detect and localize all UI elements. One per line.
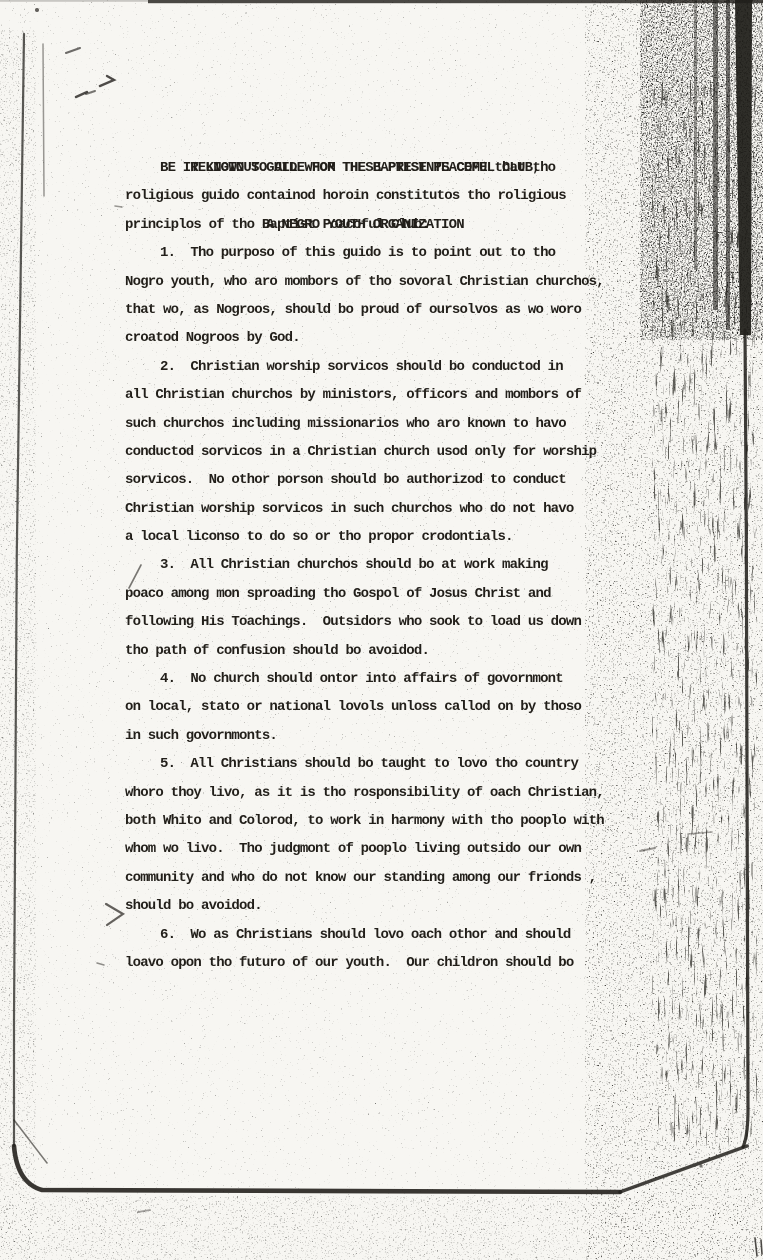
bottom-left-scratch (14, 1120, 47, 1163)
right-margin-smudge-2 (688, 832, 712, 834)
document-line: both Whito and Colorod, to work in harmo… (125, 807, 645, 835)
top-edge-scan-line (0, 0, 763, 3)
top-left-scribble-mark (66, 48, 80, 53)
document-line: croatod Nogroos by God. (125, 324, 645, 352)
margin-dash-mark (97, 963, 104, 965)
document-line: should bo avoidod. (125, 892, 645, 920)
document-line: whoro thoy livo, as it is tho rosponsibi… (125, 779, 645, 807)
document-line: in such govornmonts. (125, 722, 645, 750)
bottom-right-corner-marks (755, 1238, 762, 1256)
right-edge-line (743, 330, 748, 1147)
document-line: a local liconso to do so or tho propor c… (125, 523, 645, 551)
bottom-corner-diagonal (620, 1146, 747, 1192)
document-line: 5. All Christians should bo taught to lo… (125, 750, 645, 778)
top-left-arrow-mark (100, 76, 114, 86)
document-line: roligious guido containod horoin constit… (125, 182, 645, 210)
document-line: community and who do not know our standi… (125, 864, 645, 892)
checkmark-annotation (106, 904, 123, 925)
right-edge-dark-bar (694, 0, 752, 335)
document-line: whom wo livo. Tho judgmont of pooplo liv… (125, 835, 645, 863)
document-line: tho path of confusion should bo avoidod. (125, 637, 645, 665)
document-body: BE IT KNOWN TO ALL WHOM THESE PRESENTS C… (125, 154, 645, 977)
document-line: sorvicos. No othor porson should bo auth… (125, 466, 645, 494)
document-line: all Christian churchos by ministors, off… (125, 381, 645, 409)
document-line: 6. Wo as Christians should lovo oach oth… (125, 921, 645, 949)
document-line: Nogro youth, who aro mombors of tho sovo… (125, 268, 645, 296)
document-line: poaco among mon sproading tho Gospol of … (125, 580, 645, 608)
document-line: 2. Christian worship sorvicos should bo … (125, 353, 645, 381)
document-line: principlos of tho Baptist Poacoful Club: (125, 211, 645, 239)
bottom-smudge-mark (138, 1210, 150, 1212)
document-line: loavo opon tho futuro of our youth. Our … (125, 949, 645, 977)
document-line: following His Toachings. Outsidors who s… (125, 608, 645, 636)
top-left-dash-mark-1 (76, 92, 87, 97)
document-line: that wo, as Nogroos, should bo proud of … (125, 296, 645, 324)
document-line: 3. All Christian churchos should bo at w… (125, 551, 645, 579)
top-left-ink-dot (35, 8, 39, 12)
document-line: conductod sorvicos in a Christian church… (125, 438, 645, 466)
document-line: 1. Tho purposo of this guido is to point… (125, 239, 645, 267)
document-line: Christian worship sorvicos in such churc… (125, 495, 645, 523)
bottom-edge-scan-line (14, 1146, 620, 1192)
bottom-edge-ink-dot (699, 1164, 702, 1167)
document-line: BE IT KNOWN TO ALL WHOM THESE PRESENTS C… (125, 154, 645, 182)
left-secondary-line (43, 44, 44, 196)
document-line: 4. No church should ontor into affairs o… (125, 665, 645, 693)
top-left-dash-mark-2 (86, 91, 95, 94)
document-line: such churchos including missionarios who… (125, 410, 645, 438)
left-fold-line (14, 34, 24, 1146)
scanned-document-page: RELIGIOUS GUIDE FOR THE BAPTIST PEACEFUL… (0, 0, 763, 1260)
margin-tick-mark (115, 206, 122, 207)
document-line: on local, stato or national lovols unlos… (125, 693, 645, 721)
